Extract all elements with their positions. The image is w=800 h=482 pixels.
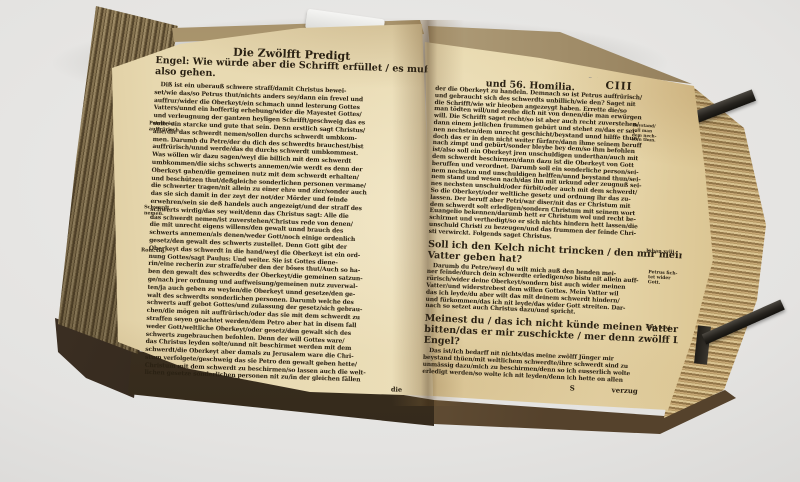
margin-note-beystand: Beystand/ soll man dem nech- sten thun. [632, 123, 663, 144]
right-page-body-1: der die Oberkeyt zu handeln. Demnach so … [428, 86, 689, 247]
left-page-text: Die Zwölfft Predigt Engel: Wie würde abe… [144, 44, 428, 403]
photo-of-antique-book: Die Zwölfft Predigt Engel: Wie würde abe… [0, 0, 800, 482]
right-page-catchword: verzug [611, 386, 638, 396]
margin-note-petrus-auffruerisch: Petrus ist auffrürisch. [149, 121, 191, 133]
margin-note-petrus-ficht: Petrus fich- tet wider Gott. [648, 270, 683, 287]
right-page-body-2: Darumb du Petre/weyl du wilt mich auß de… [425, 262, 681, 321]
margin-note-schwerdt-nemen: Schwerdt nemen. [144, 205, 184, 217]
signature-mark: S [569, 384, 574, 393]
margin-note-rom-xiij: Rom.xiij. [141, 248, 181, 255]
leather-tie-bottom [702, 299, 785, 344]
folio-number-roman: CIII [605, 80, 633, 93]
